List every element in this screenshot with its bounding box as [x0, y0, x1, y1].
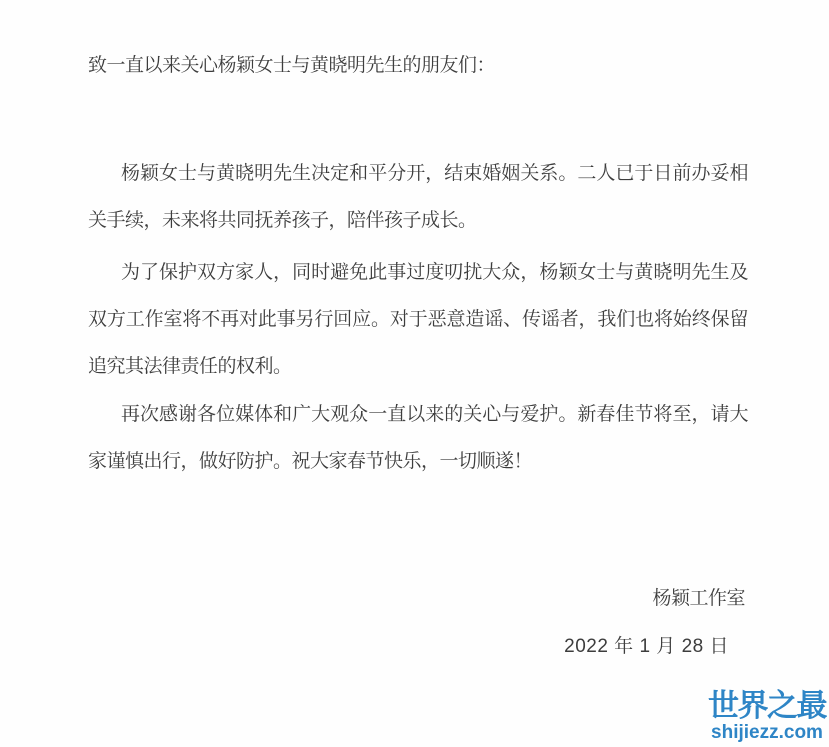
watermark-site-url: shijiezz.com [708, 722, 826, 744]
paragraph-divorce-announcement: 杨颖女士与黄晓明先生决定和平分开，结束婚姻关系。二人已于日前办妥相关手续，未来将… [88, 150, 748, 244]
salutation: 致一直以来关心杨颖女士与黄晓明先生的朋友们： [88, 52, 495, 80]
signature-studio-name: 杨颖工作室 [88, 585, 745, 613]
paragraph-privacy-legal-notice: 为了保护双方家人，同时避免此事过度叨扰大众，杨颖女士与黄晓明先生及双方工作室将不… [88, 249, 748, 390]
statement-date: 2022 年 1 月 28 日 [88, 633, 729, 661]
paragraph-thanks-new-year-wishes: 再次感谢各位媒体和广大观众一直以来的关心与爱护。新春佳节将至，请大家谨慎出行，做… [88, 391, 748, 485]
statement-document: 致一直以来关心杨颖女士与黄晓明先生的朋友们： 杨颖女士与黄晓明先生决定和平分开，… [0, 0, 829, 747]
watermark-logo-text: 世界之最 [708, 690, 826, 721]
site-watermark: 世界之最 shijiezz.com [708, 690, 826, 744]
